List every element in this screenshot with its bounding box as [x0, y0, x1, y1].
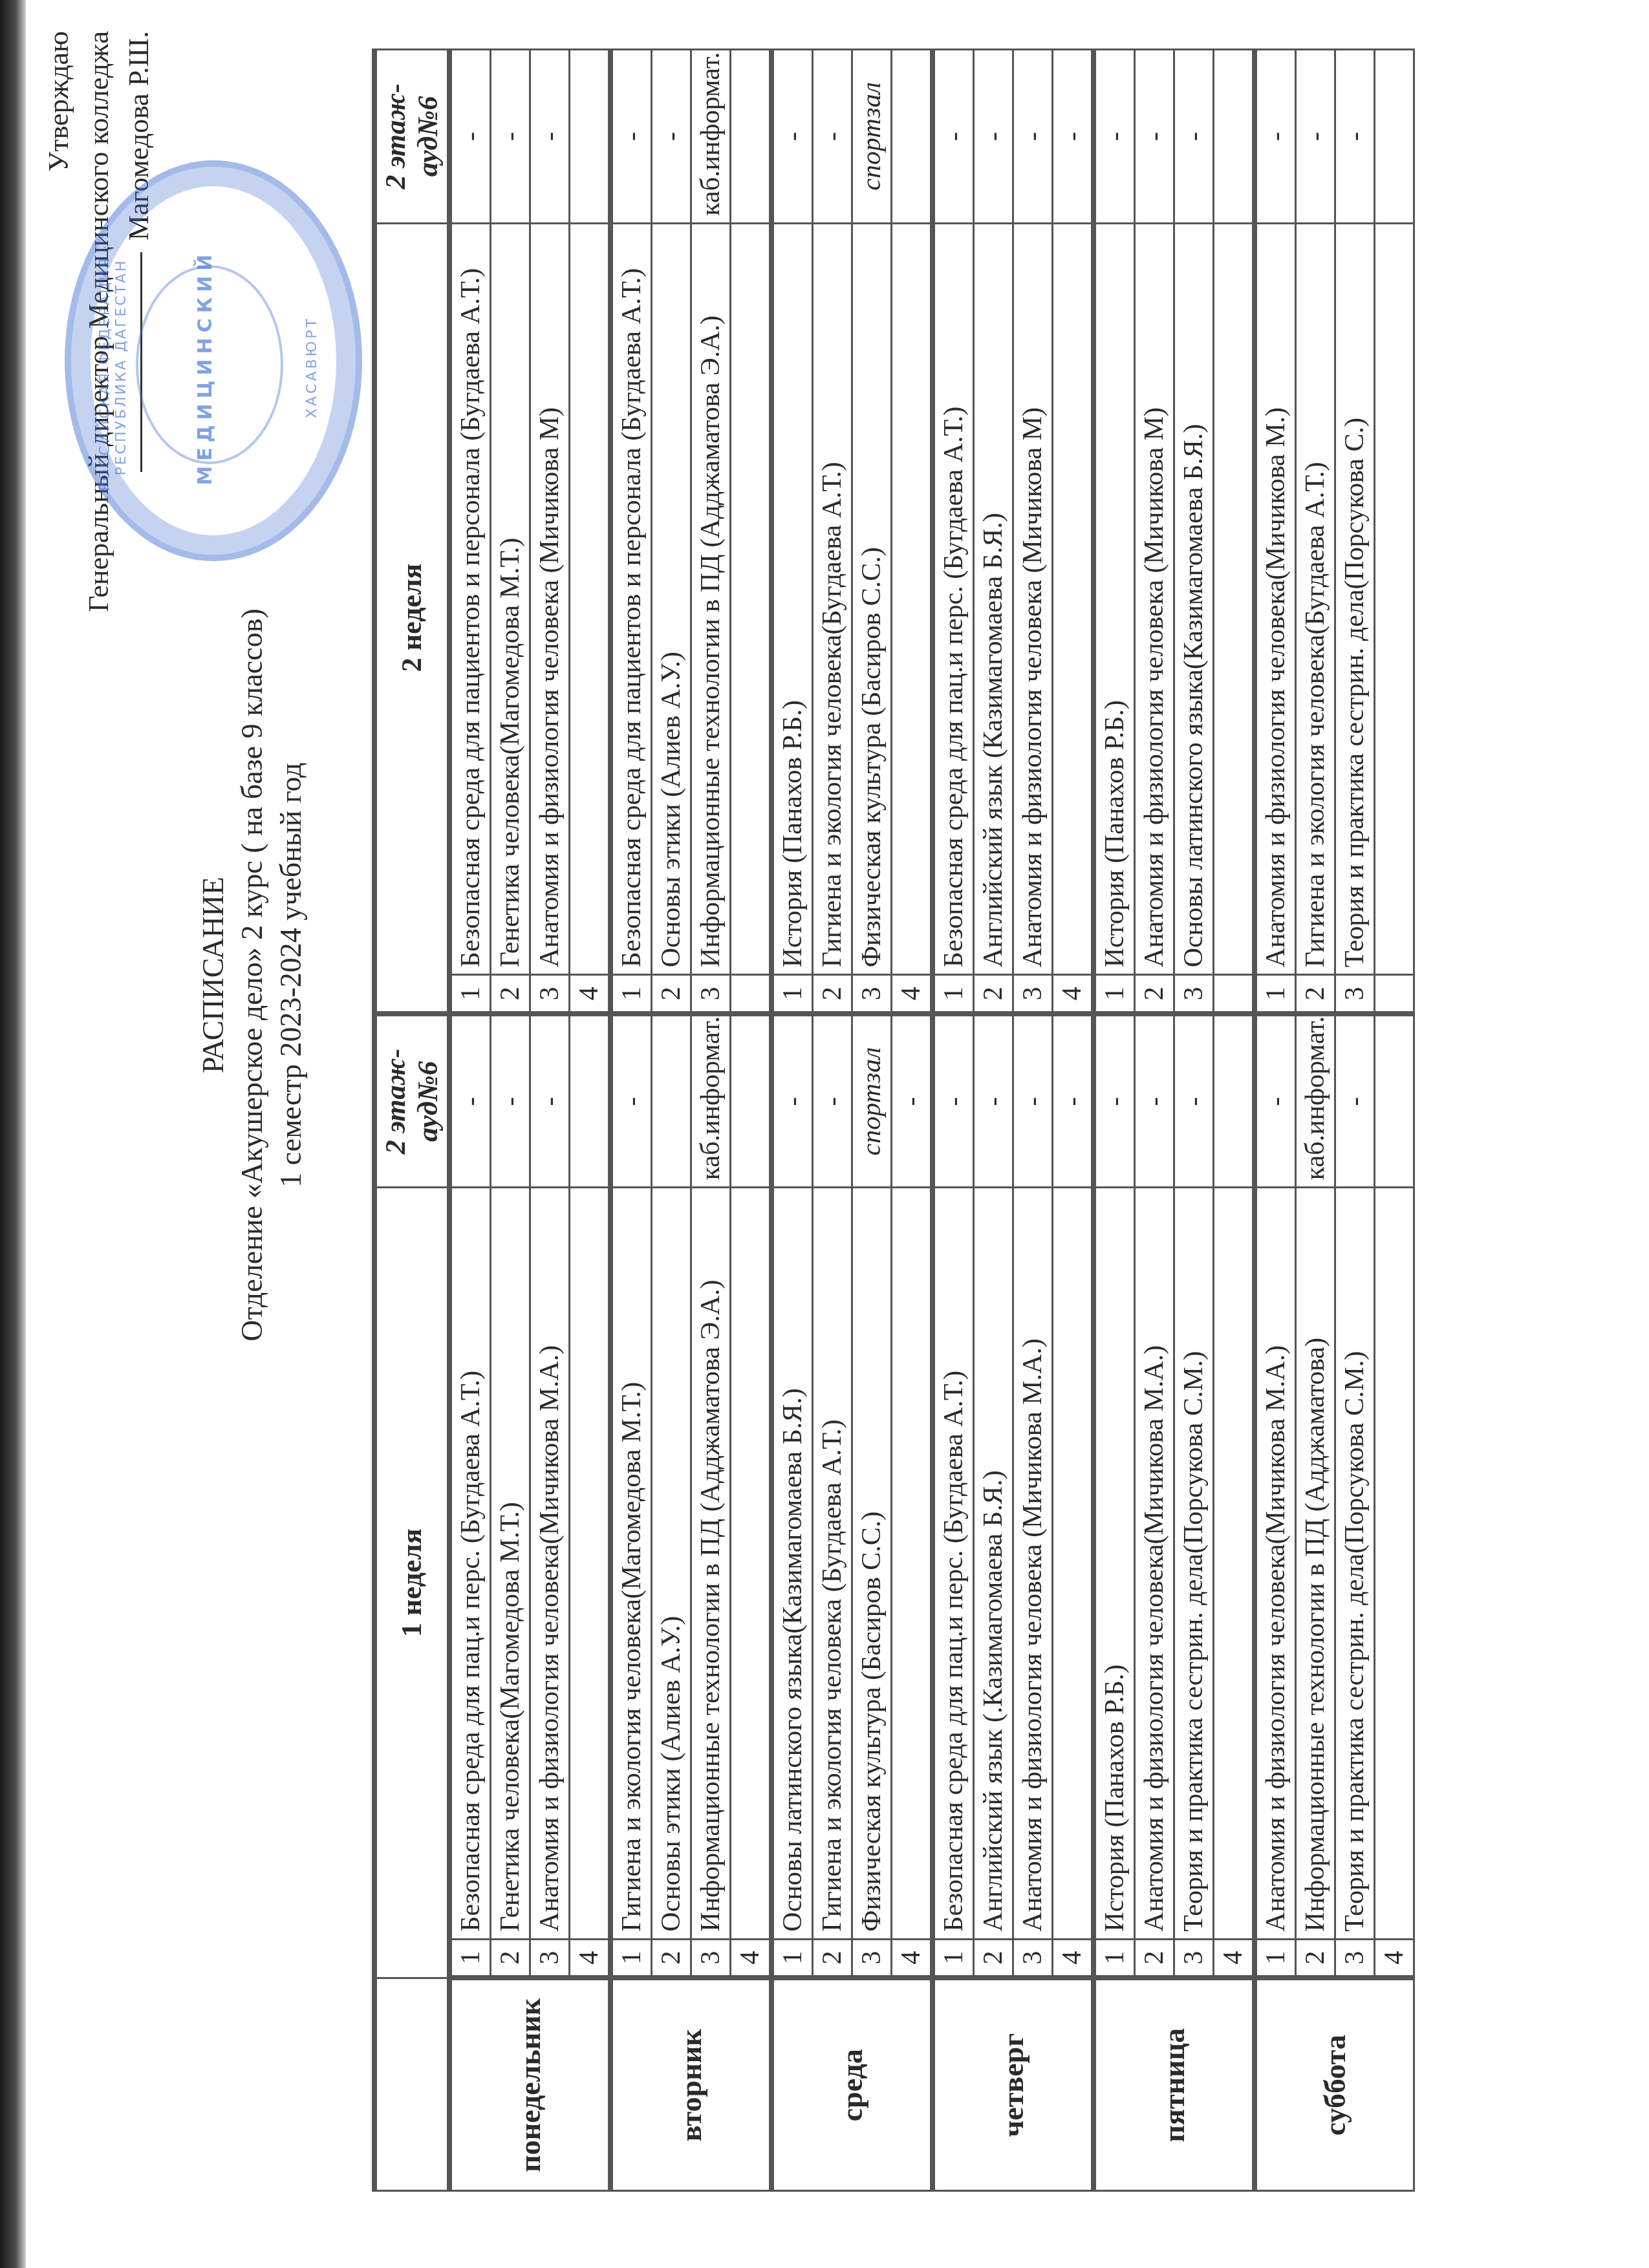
- week1-room: -: [1053, 1014, 1094, 1188]
- lesson-number: 3: [691, 1939, 731, 1978]
- week2-room: [731, 50, 772, 224]
- week2-room: каб.информат.: [691, 50, 731, 224]
- week1-room: -: [974, 1014, 1013, 1188]
- week1-header: 1 неделя: [374, 1188, 449, 1978]
- table-row: 2Английский язык (.Казимагомаева Б.Я.)-2…: [974, 50, 1013, 2191]
- lesson-number-week2: 2: [1135, 975, 1174, 1014]
- week2-subject: Безопасная среда для пац.и перс. (Бугдае…: [932, 223, 974, 974]
- day-name: среда: [771, 1978, 932, 2191]
- week2-subject: Гигиена и экология человека(Бугдаева А.Т…: [1296, 223, 1335, 974]
- page-subtitle: Отделение «Акушерское дело» 2 курс ( на …: [233, 522, 272, 1428]
- week2-subject: [1053, 223, 1094, 974]
- week1-room: -: [491, 1014, 530, 1188]
- week1-subject: Генетика человека(Магомедова М.Т.): [491, 1188, 530, 1939]
- week1-room: [652, 1014, 691, 1188]
- week2-subject: История (Панахов Р.Б.): [771, 223, 813, 974]
- week2-subject: [570, 223, 611, 974]
- lesson-number: 4: [1375, 1939, 1414, 1978]
- week1-subject: Теория и практика сестрин. дела(Порсуков…: [1174, 1188, 1214, 1939]
- lesson-number: 4: [1214, 1939, 1255, 1978]
- table-row: 4-4: [892, 50, 933, 2191]
- week2-subject: Основы латинского языка(Казимагомаева Б.…: [1174, 223, 1214, 974]
- lesson-number-week2: [731, 975, 772, 1014]
- lesson-number: 2: [491, 1939, 530, 1978]
- week2-room: -: [491, 50, 530, 224]
- week1-subject: Основы латинского языка(Казимагомаева Б.…: [771, 1188, 813, 1939]
- table-row: понедельник1Безопасная среда для пац.и п…: [449, 50, 491, 2191]
- lesson-number-week2: 1: [1094, 975, 1135, 1014]
- week1-room: [1375, 1014, 1414, 1188]
- week2-subject: Теория и практика сестрин. дела(Порсуков…: [1335, 223, 1375, 974]
- week2-subject: Генетика человека(Магомедова М.Т.): [491, 223, 530, 974]
- week1-subject: Безопасная среда для пац.и перс. (Бугдае…: [932, 1188, 974, 1939]
- week2-subject: Анатомия и физиология человека (Мичикова…: [1135, 223, 1174, 974]
- table-row: 2Генетика человека(Магомедова М.Т.)-2Ген…: [491, 50, 530, 2191]
- week1-room: -: [932, 1014, 974, 1188]
- week2-subject: Безопасная среда для пациентов и персона…: [449, 223, 491, 974]
- lesson-number: 2: [813, 1939, 852, 1978]
- table-row: 2Анатомия и физиология человека(Мичикова…: [1135, 50, 1174, 2191]
- lesson-number-week2: 2: [974, 975, 1013, 1014]
- week2-room: -: [1053, 50, 1094, 224]
- table-row: 3Физическая культура (Басиров С.С.)спорт…: [852, 50, 892, 2191]
- week1-room: каб.информат.: [1296, 1014, 1335, 1188]
- table-row: 2Гигиена и экология человека (Бугдаева А…: [813, 50, 852, 2191]
- table-row: четверг1Безопасная среда для пац.и перс.…: [932, 50, 974, 2191]
- table-row: 3Информационные технологии в ПД (Адджама…: [691, 50, 731, 2191]
- week2-subject: Основы этики (Алиев А.У.): [652, 223, 691, 974]
- table-row: среда1Основы латинского языка(Казимагома…: [771, 50, 813, 2191]
- week2-subject: Анатомия и физиология человека(Мичикова …: [1255, 223, 1296, 974]
- table-row: суббота1Анатомия и физиология человека(М…: [1255, 50, 1296, 2191]
- week1-subject: История (Панахов Р.Б.): [1094, 1188, 1135, 1939]
- lesson-number-week2: 1: [1255, 975, 1296, 1014]
- table-row: 3Анатомия и физиология человека(Мичикова…: [530, 50, 570, 2191]
- week2-room: -: [1296, 50, 1335, 224]
- week1-room: [1214, 1014, 1255, 1188]
- stamp-core-text: МЕДИЦИНСКИЙ: [194, 219, 217, 516]
- week2-subject: История (Панахов Р.Б.): [1094, 223, 1135, 974]
- lesson-number-week2: [1375, 975, 1414, 1014]
- table-row: 4: [731, 50, 772, 2191]
- schedule-table: 1 неделя 2 этаж-ауд№6 2 неделя 2 этаж-ау…: [372, 48, 1415, 2192]
- week2-subject: Анатомия и физиология человека (Мичикова…: [1013, 223, 1053, 974]
- table-row: 44: [570, 50, 611, 2191]
- lesson-number: 4: [1053, 1939, 1094, 1978]
- week1-room: спортзал: [852, 1014, 892, 1188]
- table-row: 2Информационные технологии в ПД (Адджама…: [1296, 50, 1335, 2191]
- day-name: суббота: [1255, 1978, 1414, 2191]
- week2-room: -: [449, 50, 491, 224]
- lesson-number: 4: [731, 1939, 772, 1978]
- lesson-number: 2: [1296, 1939, 1335, 1978]
- lesson-number: 1: [1094, 1939, 1135, 1978]
- week2-room: -: [813, 50, 852, 224]
- stamp-ring-text: РОССИЙСКАЯ ФЕДЕРАЦИЯ · РЕСПУБЛИКА ДАГЕСТ…: [97, 199, 129, 535]
- official-stamp: РОССИЙСКАЯ ФЕДЕРАЦИЯ · РЕСПУБЛИКА ДАГЕСТ…: [65, 160, 362, 561]
- lesson-number-week2: 3: [1335, 975, 1375, 1014]
- lesson-number-week2: 1: [932, 975, 974, 1014]
- lesson-number: 4: [570, 1939, 611, 1978]
- lesson-number: 1: [1255, 1939, 1296, 1978]
- week2-room: -: [1335, 50, 1375, 224]
- week1-room: [731, 1014, 772, 1188]
- week1-subject: [731, 1188, 772, 1939]
- stamp-bottom-text: ХАСАВЮРТ: [304, 219, 320, 516]
- lesson-number-week2: 3: [852, 975, 892, 1014]
- week1-subject: [1053, 1188, 1094, 1939]
- week1-room: -: [1094, 1014, 1135, 1188]
- week2-room: [570, 50, 611, 224]
- week1-room: -: [449, 1014, 491, 1188]
- week2-subject: [1375, 223, 1414, 974]
- week1-subject: Теория и практика сестрин. дела(Порсуков…: [1335, 1188, 1375, 1939]
- table-row: вторник1Гигиена и экология человека(Маго…: [610, 50, 652, 2191]
- week2-room: [1214, 50, 1255, 224]
- lesson-number: 3: [852, 1939, 892, 1978]
- week2-subject: Безопасная среда для пациентов и персона…: [610, 223, 652, 974]
- week2-room: -: [932, 50, 974, 224]
- lesson-number: 1: [932, 1939, 974, 1978]
- week1-room: -: [1135, 1014, 1174, 1188]
- week1-room: -: [1174, 1014, 1214, 1188]
- week1-subject: Информационные технологии в ПД (Адджамат…: [691, 1188, 731, 1939]
- week2-subject: Английский язык (Казимагомаева Б.Я.): [974, 223, 1013, 974]
- week2-subject: [1214, 223, 1255, 974]
- week2-subject: [731, 223, 772, 974]
- week2-room: -: [530, 50, 570, 224]
- lesson-number: 1: [449, 1939, 491, 1978]
- week1-room: [570, 1014, 611, 1188]
- week1-room: -: [771, 1014, 813, 1188]
- lesson-number-week2: 3: [530, 975, 570, 1014]
- lesson-number-week2: 2: [491, 975, 530, 1014]
- week1-subject: [570, 1188, 611, 1939]
- title-block: РАСПИСАНИЕ Отделение «Акушерское дело» 2…: [194, 522, 310, 1428]
- week1-subject: Английский язык (.Казимагомаева Б.Я.): [974, 1188, 1013, 1939]
- lesson-number-week2: 3: [1013, 975, 1053, 1014]
- lesson-number: 2: [652, 1939, 691, 1978]
- lesson-number: 1: [610, 1939, 652, 1978]
- week1-subject: [1375, 1188, 1414, 1939]
- week2-room: спортзал: [852, 50, 892, 224]
- lesson-number-week2: 4: [892, 975, 933, 1014]
- lesson-number: 1: [771, 1939, 813, 1978]
- week2-room-header: 2 этаж-ауд№6: [374, 50, 449, 224]
- day-name: понедельник: [449, 1978, 610, 2191]
- semester-label: 1 семестр 2023-2024 учебный год: [272, 522, 310, 1428]
- week2-room: -: [771, 50, 813, 224]
- lesson-number: 3: [530, 1939, 570, 1978]
- lesson-number: 2: [974, 1939, 1013, 1978]
- lesson-number-week2: 2: [652, 975, 691, 1014]
- week1-room-header: 2 этаж-ауд№6: [374, 1014, 449, 1188]
- week1-subject: Информационные технологии в ПД (Адджамат…: [1296, 1188, 1335, 1939]
- week2-room: [892, 50, 933, 224]
- lesson-number: 2: [1135, 1939, 1174, 1978]
- table-header-row: 1 неделя 2 этаж-ауд№6 2 неделя 2 этаж-ау…: [374, 50, 449, 2191]
- week2-room: -: [974, 50, 1013, 224]
- week2-header: 2 неделя: [374, 223, 449, 1014]
- lesson-number-week2: 1: [449, 975, 491, 1014]
- table-row: 4-4-: [1053, 50, 1094, 2191]
- week2-room: -: [1135, 50, 1174, 224]
- week1-room: каб.информат.: [691, 1014, 731, 1188]
- lesson-number: 3: [1013, 1939, 1053, 1978]
- week2-room: [1375, 50, 1414, 224]
- week2-subject: Информационные технологии в ПД (Адджамат…: [691, 223, 731, 974]
- week1-subject: [892, 1188, 933, 1939]
- table-row: пятница1История (Панахов Р.Б.)-1История …: [1094, 50, 1135, 2191]
- day-name: четверг: [932, 1978, 1094, 2191]
- week1-subject: Анатомия и физиология человека(Мичикова …: [1135, 1188, 1174, 1939]
- lesson-number-week2: 1: [771, 975, 813, 1014]
- lesson-number-week2: 3: [691, 975, 731, 1014]
- lesson-number-week2: 4: [570, 975, 611, 1014]
- week2-room: -: [1013, 50, 1053, 224]
- schedule-document: Утверждаю Генеральный директор Медицинск…: [0, 0, 1649, 2268]
- table-row: 3Теория и практика сестрин. дела(Порсуко…: [1174, 50, 1214, 2191]
- week1-room: -: [813, 1014, 852, 1188]
- table-row: 4: [1214, 50, 1255, 2191]
- week1-room: -: [610, 1014, 652, 1188]
- lesson-number: 3: [1174, 1939, 1214, 1978]
- lesson-number: 3: [1335, 1939, 1375, 1978]
- week1-subject: Безопасная среда для пац.и перс. (Бугдае…: [449, 1188, 491, 1939]
- week1-subject: Гигиена и экология человека(Магомедова М…: [610, 1188, 652, 1939]
- week1-subject: [1214, 1188, 1255, 1939]
- table-row: 3Теория и практика сестрин. дела(Порсуко…: [1335, 50, 1375, 2191]
- day-name: пятница: [1094, 1978, 1255, 2191]
- day-column-header: [374, 1978, 449, 2191]
- page-title: РАСПИСАНИЕ: [194, 522, 233, 1428]
- week2-room: -: [1174, 50, 1214, 224]
- scan-edge: [0, 0, 26, 2268]
- week1-subject: Анатомия и физиология человека (Мичикова…: [1013, 1188, 1053, 1939]
- week1-subject: Анатомия и физиология человека(Мичикова …: [1255, 1188, 1296, 1939]
- week2-subject: [892, 223, 933, 974]
- lesson-number-week2: 1: [610, 975, 652, 1014]
- week2-room: -: [1094, 50, 1135, 224]
- week2-room: -: [610, 50, 652, 224]
- week1-room: -: [892, 1014, 933, 1188]
- week2-subject: Физическая культура (Басиров С.С.): [852, 223, 892, 974]
- week1-subject: Анатомия и физиология человека(Мичикова …: [530, 1188, 570, 1939]
- lesson-number: 4: [892, 1939, 933, 1978]
- schedule-body: понедельник1Безопасная среда для пац.и п…: [449, 50, 1414, 2191]
- table-row: 2Основы этики (Алиев А.У.)2Основы этики …: [652, 50, 691, 2191]
- week1-subject: Основы этики (Алиев А.У.): [652, 1188, 691, 1939]
- week1-subject: Гигиена и экология человека (Бугдаева А.…: [813, 1188, 852, 1939]
- week1-subject: Физическая культура (Басиров С.С.): [852, 1188, 892, 1939]
- week1-room: -: [530, 1014, 570, 1188]
- table-row: 4: [1375, 50, 1414, 2191]
- week1-room: -: [1335, 1014, 1375, 1188]
- lesson-number-week2: [1214, 975, 1255, 1014]
- day-name: вторник: [610, 1978, 771, 2191]
- week1-room: -: [1255, 1014, 1296, 1188]
- lesson-number-week2: 2: [813, 975, 852, 1014]
- lesson-number-week2: 3: [1174, 975, 1214, 1014]
- table-row: 3Анатомия и физиология человека (Мичиков…: [1013, 50, 1053, 2191]
- lesson-number-week2: 4: [1053, 975, 1094, 1014]
- week2-subject: Анатомия и физиология человека (Мичикова…: [530, 223, 570, 974]
- week1-room: -: [1013, 1014, 1053, 1188]
- week2-room: -: [1255, 50, 1296, 224]
- week2-subject: Гигиена и экология человека(Бугдаева А.Т…: [813, 223, 852, 974]
- week2-room: -: [652, 50, 691, 224]
- lesson-number-week2: 2: [1296, 975, 1335, 1014]
